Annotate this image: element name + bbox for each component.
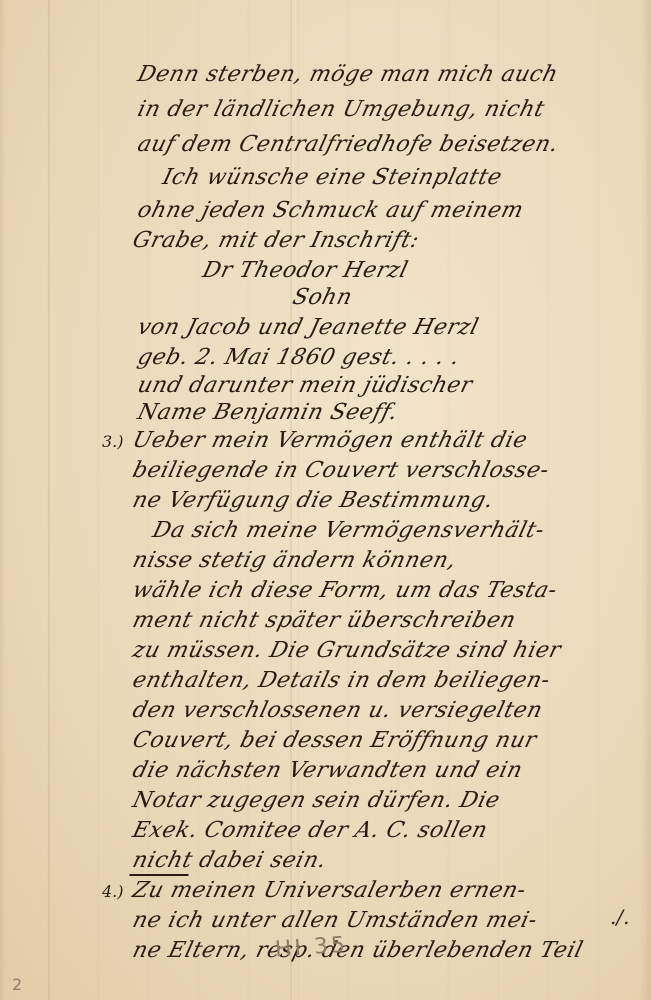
handwritten-name-line: Dr Theodor Herzl xyxy=(200,258,411,283)
manuscript-page: Denn sterben, möge man mich auch in der … xyxy=(0,0,651,1000)
handwritten-line: von Jacob und Jeanette Herzl xyxy=(135,315,481,340)
handwritten-line: ne ich unter allen Umständen mei- xyxy=(130,908,540,933)
handwritten-line: die nächsten Verwandten und ein xyxy=(130,758,525,783)
handwritten-line: Ich wünsche eine Steinplatte xyxy=(160,165,505,190)
handwritten-line: Denn sterben, möge man mich auch xyxy=(135,62,561,87)
section-number: 3.) xyxy=(102,432,124,451)
handwritten-line: Ueber mein Vermögen enthält die xyxy=(130,428,530,453)
line-text: dabei sein. xyxy=(189,848,329,873)
handwritten-line: nicht dabei sein. xyxy=(130,848,329,873)
handwritten-line: nisse stetig ändern können, xyxy=(130,548,459,573)
handwritten-line: ne Eltern, resp. den überlebenden Teil xyxy=(130,938,586,963)
section-number: 4.) xyxy=(102,882,124,901)
underlined-word: nicht xyxy=(129,848,195,876)
handwritten-line: den verschlossenen u. versiegelten xyxy=(130,698,545,723)
handwritten-line: und darunter mein jüdischer xyxy=(135,373,475,398)
handwritten-line: zu müssen. Die Grundsätze sind hier xyxy=(130,638,564,663)
handwritten-line: in der ländlichen Umgebung, nicht xyxy=(135,97,547,122)
archive-pencil-note: HI 35 xyxy=(274,932,349,962)
handwritten-line: Grabe, mit der Inschrift: xyxy=(130,228,422,253)
paper-fold-line xyxy=(48,0,50,1000)
handwritten-line: Zu meinen Universalerben ernen- xyxy=(130,878,529,903)
continuation-mark: ./. xyxy=(610,905,629,929)
handwritten-line: Name Benjamin Seeff. xyxy=(135,400,400,425)
handwritten-line: Notar zugegen sein dürfen. Die xyxy=(130,788,503,813)
handwritten-line: wähle ich diese Form, um das Testa- xyxy=(130,578,560,603)
handwritten-line: Da sich meine Vermögensverhält- xyxy=(150,518,547,543)
handwritten-line: ne Verfügung die Bestimmung. xyxy=(130,488,496,513)
corner-page-number: 2 xyxy=(12,975,22,994)
handwritten-line: Sohn xyxy=(290,285,355,310)
handwritten-line: geb. 2. Mai 1860 gest. . . . . xyxy=(135,345,462,370)
handwritten-line: auf dem Centralfriedhofe beisetzen. xyxy=(135,132,561,157)
handwritten-line: ohne jeden Schmuck auf meinem xyxy=(135,198,526,223)
handwritten-line: Couvert, bei dessen Eröffnung nur xyxy=(130,728,539,753)
handwritten-line: ment nicht später überschreiben xyxy=(130,608,518,633)
handwritten-line: beiliegende in Couvert verschlosse- xyxy=(130,458,552,483)
handwritten-line: enthalten, Details in dem beiliegen- xyxy=(130,668,553,693)
handwritten-line: Exek. Comitee der A. C. sollen xyxy=(130,818,490,843)
